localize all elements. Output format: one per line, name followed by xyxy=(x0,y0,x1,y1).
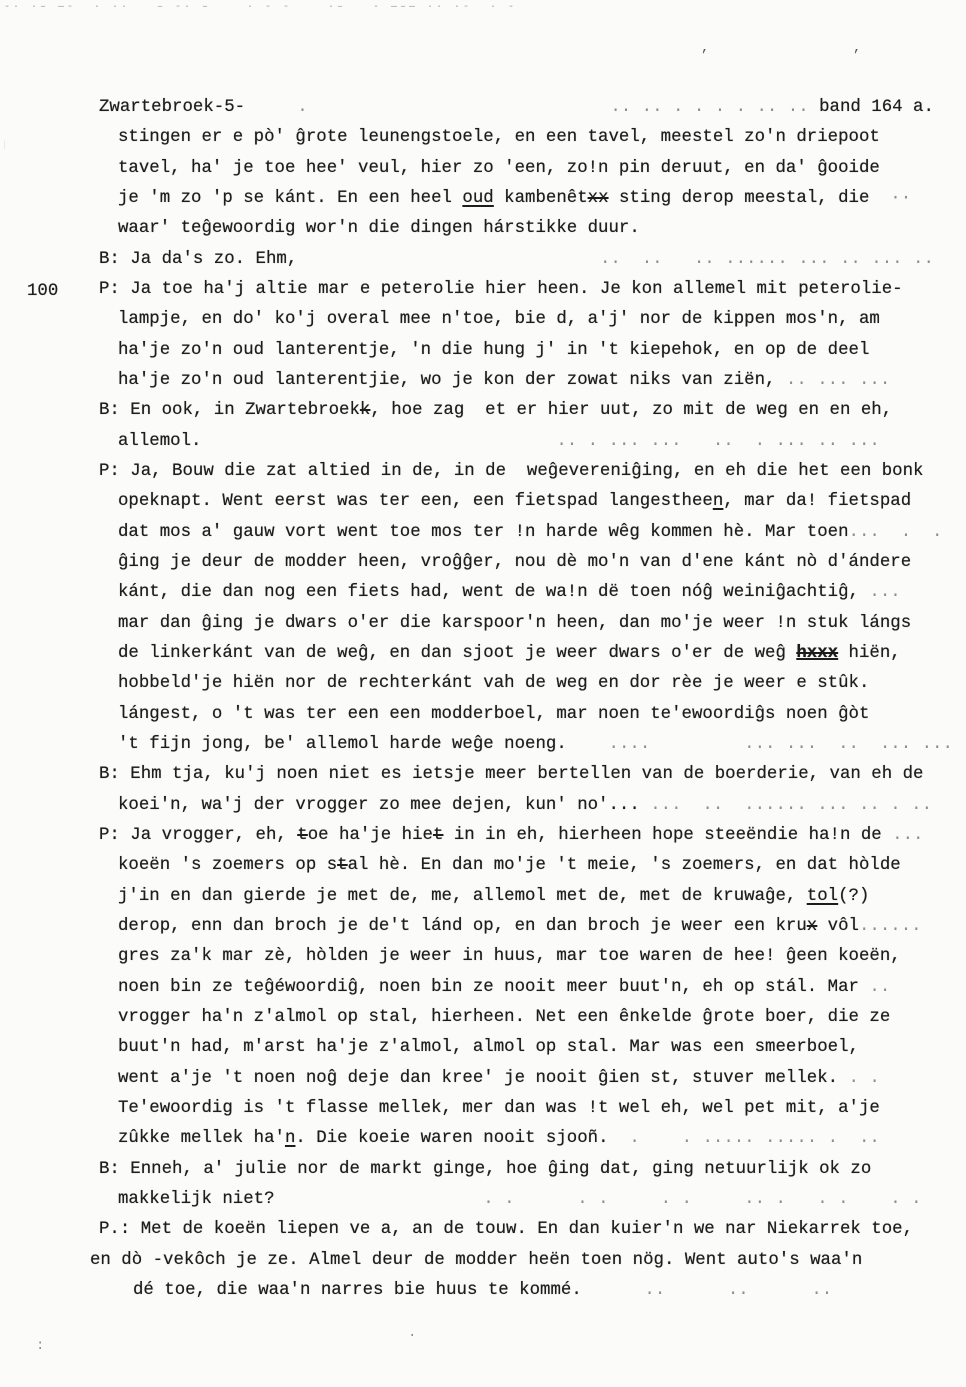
faint-dots: ... . . xyxy=(849,523,943,542)
faint-dots: . . ..... ..... . .. xyxy=(609,1129,880,1148)
faint-dots: ... .. ...... ... .. . .. xyxy=(640,796,932,815)
faint-dots: . . . . . . .. . . . . . xyxy=(275,1190,922,1209)
text-segment: je 'm zo 'p se kánt. En een heel xyxy=(118,189,462,208)
text-segment: P: Ja vrogger, eh, xyxy=(99,826,297,845)
text-segment: xx xyxy=(588,189,609,208)
text-segment: Te'ewoordig is 't flasse mellek, mer dan… xyxy=(118,1099,880,1118)
text-line: lampje, en do' ko'j overal mee n'toe, bi… xyxy=(118,311,880,328)
text-segment: n xyxy=(285,1129,295,1148)
text-segment: B: En ook, in Zwartebroek xyxy=(99,401,360,420)
text-segment: gres za'k mar zè, hòlden je weer in huus… xyxy=(118,947,901,966)
text-segment: sting derop meestal, die xyxy=(609,189,870,208)
text-line: koeën 's zoemers op stal hè. En dan mo'j… xyxy=(118,857,901,874)
text-segment: P: Ja, Bouw die zat altied in de, in de … xyxy=(99,462,923,481)
text-line: de linkerkánt van de weĝ, en dan sjoot j… xyxy=(118,645,901,662)
text-segment: koeën 's zoemers op s xyxy=(118,856,337,875)
text-line: ĝing je deur de modder heen, vroĝĝer, no… xyxy=(118,554,911,571)
text-line: vrogger ha'n z'almol op stal, hierheen. … xyxy=(118,1009,890,1026)
text-segment: makkelijk niet? xyxy=(118,1190,275,1209)
text-segment: en dò -vekôch je ze. Almel deur de modde… xyxy=(90,1251,862,1270)
text-segment: koei'n, wa'j der vrogger zo mee dejen, k… xyxy=(118,796,640,815)
text-segment: j'in en dan gierde je met de, me, allemo… xyxy=(118,887,807,906)
scan-speck-right-2: ’ xyxy=(852,48,860,64)
text-line: P: Ja, Bouw die zat altied in de, in de … xyxy=(99,463,923,480)
text-line: lángest, o 't was ter een een modderboel… xyxy=(118,706,869,723)
text-line: B: Ehm tja, ku'j noen niet es ietsje mee… xyxy=(99,766,923,783)
text-line: noen bin ze teĝéwoordiĝ, noen bin ze noo… xyxy=(118,979,890,996)
text-segment: buut'n had, m'arst ha'je z'almol, almol … xyxy=(118,1038,859,1057)
text-line: P: Ja toe ha'j altie mar e peterolie hie… xyxy=(99,281,903,298)
text-segment: P: Ja toe ha'j altie mar e peterolie hie… xyxy=(99,280,903,299)
text-segment: vrogger ha'n z'almol op stal, hierheen. … xyxy=(118,1008,890,1027)
text-segment: tavel, ha' je toe hee' veul, hier zo 'ee… xyxy=(118,159,880,178)
text-line: mar dan ĝing je dwars o'er die karspoor'… xyxy=(118,615,911,632)
scanned-transcript-page: -· ·– —- · ·· – -· – · - - ·– - —–— ·· ·… xyxy=(0,0,966,1387)
faint-dots: ... xyxy=(859,583,901,602)
text-line: Te'ewoordig is 't flasse mellek, mer dan… xyxy=(118,1100,880,1117)
text-line: buut'n had, m'arst ha'je z'almol, almol … xyxy=(118,1039,859,1056)
text-segment: noen bin ze teĝéwoordiĝ, noen bin ze noo… xyxy=(118,978,869,997)
text-segment: , hoe zag et er hier uut, zo mit de weg … xyxy=(370,401,892,420)
text-segment: ĝing je deur de modder heen, vroĝĝer, no… xyxy=(118,553,911,572)
text-line: Zwartebroek-5- . .. .. . . . . .. .. ban… xyxy=(99,99,934,116)
text-segment: , mar da! fietspad xyxy=(723,492,911,511)
text-segment: in in eh, hierheen hope steeëndie ha!n d… xyxy=(443,826,881,845)
text-segment: de linkerkánt van de weĝ, en dan sjoot j… xyxy=(118,644,796,663)
text-segment: derop, enn dan broch je de't lánd op, en… xyxy=(118,917,807,936)
text-line: derop, enn dan broch je de't lánd op, en… xyxy=(118,918,922,935)
text-segment: ha'je zo'n oud lanterentje, 'n die hung … xyxy=(118,341,869,360)
faint-dots: .. .. . . . . .. .. xyxy=(610,98,819,117)
text-segment: mar dan ĝing je dwars o'er die karspoor'… xyxy=(118,614,911,633)
text-segment: oud xyxy=(462,189,493,208)
text-segment: hxxx xyxy=(796,644,838,663)
faint-dots: .. ... ... xyxy=(775,371,890,390)
text-line: zûkke mellek ha'n. Die koeie waren nooit… xyxy=(118,1130,880,1147)
text-segment: t xyxy=(297,826,307,845)
text-line: 't fijn jong, be' allemol harde weĝe noe… xyxy=(118,736,966,753)
text-line: B: Ja da's zo. Ehm, .. .. .. ...... ... … xyxy=(99,251,934,268)
scan-smudge-top: -· ·– —- · ·· – -· – · - - ·– - —–— ·· ·… xyxy=(4,2,624,13)
faint-dots: .. .. .. ...... ... .. ... .. xyxy=(297,250,934,269)
text-line: stingen er e pò' ĝrote leunengstoele, en… xyxy=(118,129,880,146)
text-segment: x xyxy=(807,917,817,936)
text-segment: al hè. En dan mo'je 't meie, 's zoemers,… xyxy=(348,856,901,875)
text-segment: dat mos a' gauw vort went toe mos ter !n… xyxy=(118,523,849,542)
text-line: P.: Met de koeën liepen ve a, an de touw… xyxy=(99,1221,913,1238)
text-line: allemol. .. . ... ... .. . ... .. ... xyxy=(118,433,880,450)
text-segment: kánt, die dan nog een fiets had, went de… xyxy=(118,583,859,602)
text-line: tavel, ha' je toe hee' veul, hier zo 'ee… xyxy=(118,160,880,177)
text-segment: lampje, en do' ko'j overal mee n'toe, bi… xyxy=(118,310,880,329)
text-segment: oe ha'je hie xyxy=(308,826,433,845)
faint-dots: .. . ... ... .. . ... .. ... xyxy=(202,432,880,451)
text-segment: stingen er e pò' ĝrote leunengstoele, en… xyxy=(118,128,880,147)
text-segment: n xyxy=(713,492,723,511)
text-segment: Zwartebroek-5- xyxy=(99,98,245,117)
text-segment: . Die koeie waren nooit sjooñ. xyxy=(295,1129,608,1148)
text-line: P: Ja vrogger, eh, toe ha'je hiet in in … xyxy=(99,827,923,844)
text-segment: (?) xyxy=(838,887,869,906)
text-segment: P.: Met de koeën liepen ve a, an de touw… xyxy=(99,1220,913,1239)
text-line: B: En ook, in Zwartebroekk, hoe zag et e… xyxy=(99,402,892,419)
text-line: hobbeld'je hiën nor de rechterkánt vah d… xyxy=(118,675,869,692)
faint-dots: . xyxy=(245,98,610,117)
text-segment: t xyxy=(433,826,443,845)
text-segment: waar' teĝewoordig wor'n die dingen hárst… xyxy=(118,219,640,238)
text-segment: t xyxy=(337,856,347,875)
text-line: went a'je 't noen noĝ deje dan kree' je … xyxy=(118,1070,880,1087)
text-segment: B: Ehm tja, ku'j noen niet es ietsje mee… xyxy=(99,765,923,784)
text-segment: hobbeld'je hiën nor de rechterkánt vah d… xyxy=(118,674,869,693)
text-segment: hiën, xyxy=(838,644,901,663)
scan-speck-bottom-2: . xyxy=(408,1325,416,1341)
faint-dots: ... xyxy=(882,826,924,845)
text-line: je 'm zo 'p se kánt. En een heel oud kam… xyxy=(118,190,911,207)
text-line: waar' teĝewoordig wor'n die dingen hárst… xyxy=(118,220,640,237)
text-segment: B: Ja da's zo. Ehm, xyxy=(99,250,297,269)
text-line: dé toe, die waa'n narres bie huus te kom… xyxy=(133,1282,832,1299)
text-line: B: Enneh, a' julie nor de markt ginge, h… xyxy=(99,1161,871,1178)
text-segment: opeknapt. Went eerst was ter een, een fi… xyxy=(118,492,713,511)
text-segment: ha'je zo'n oud lanterentjie, wo je kon d… xyxy=(118,371,775,390)
text-line: ha'je zo'n oud lanterentjie, wo je kon d… xyxy=(118,372,890,389)
text-segment: 't fijn jong, be' allemol harde weĝe noe… xyxy=(118,735,567,754)
text-segment: dé toe, die waa'n narres bie huus te kom… xyxy=(133,1281,582,1300)
text-segment: vôl xyxy=(817,917,859,936)
text-line: dat mos a' gauw vort went toe mos ter !n… xyxy=(118,524,942,541)
text-segment: allemol. xyxy=(118,432,202,451)
scan-speck-right-1: ’ xyxy=(700,48,708,64)
text-segment: went a'je 't noen noĝ deje dan kree' je … xyxy=(118,1069,838,1088)
margin-line-number: 100 xyxy=(27,282,58,301)
text-segment: B: Enneh, a' julie nor de markt ginge, h… xyxy=(99,1160,871,1179)
faint-dots: .. xyxy=(869,978,890,997)
faint-dots: . . xyxy=(838,1069,880,1088)
text-segment: k xyxy=(360,401,370,420)
text-segment: band 164 a. xyxy=(819,98,934,117)
text-segment: kambenêt xyxy=(494,189,588,208)
text-line: kánt, die dan nog een fiets had, went de… xyxy=(118,584,901,601)
faint-dots: .. .. .. xyxy=(582,1281,832,1300)
text-line: ha'je zo'n oud lanterentje, 'n die hung … xyxy=(118,342,869,359)
text-line: koei'n, wa'j der vrogger zo mee dejen, k… xyxy=(118,797,932,814)
faint-dots: ·· xyxy=(869,189,911,208)
scan-speck-left-edge: | xyxy=(2,140,7,150)
text-segment: lángest, o 't was ter een een modderboel… xyxy=(118,705,869,724)
text-segment: zûkke mellek ha' xyxy=(118,1129,285,1148)
text-line: opeknapt. Went eerst was ter een, een fi… xyxy=(118,493,911,510)
text-line: makkelijk niet? . . . . . . .. . . . . . xyxy=(118,1191,922,1208)
text-line: en dò -vekôch je ze. Almel deur de modde… xyxy=(90,1252,862,1269)
faint-dots: .... ... ... .. ... ... .. .. xyxy=(567,735,966,754)
text-line: j'in en dan gierde je met de, me, allemo… xyxy=(118,888,869,905)
faint-dots: ...... xyxy=(859,917,922,936)
text-line: gres za'k mar zè, hòlden je weer in huus… xyxy=(118,948,901,965)
text-segment: tol xyxy=(807,887,838,906)
scan-speck-bottom-1: : xyxy=(36,1338,44,1354)
